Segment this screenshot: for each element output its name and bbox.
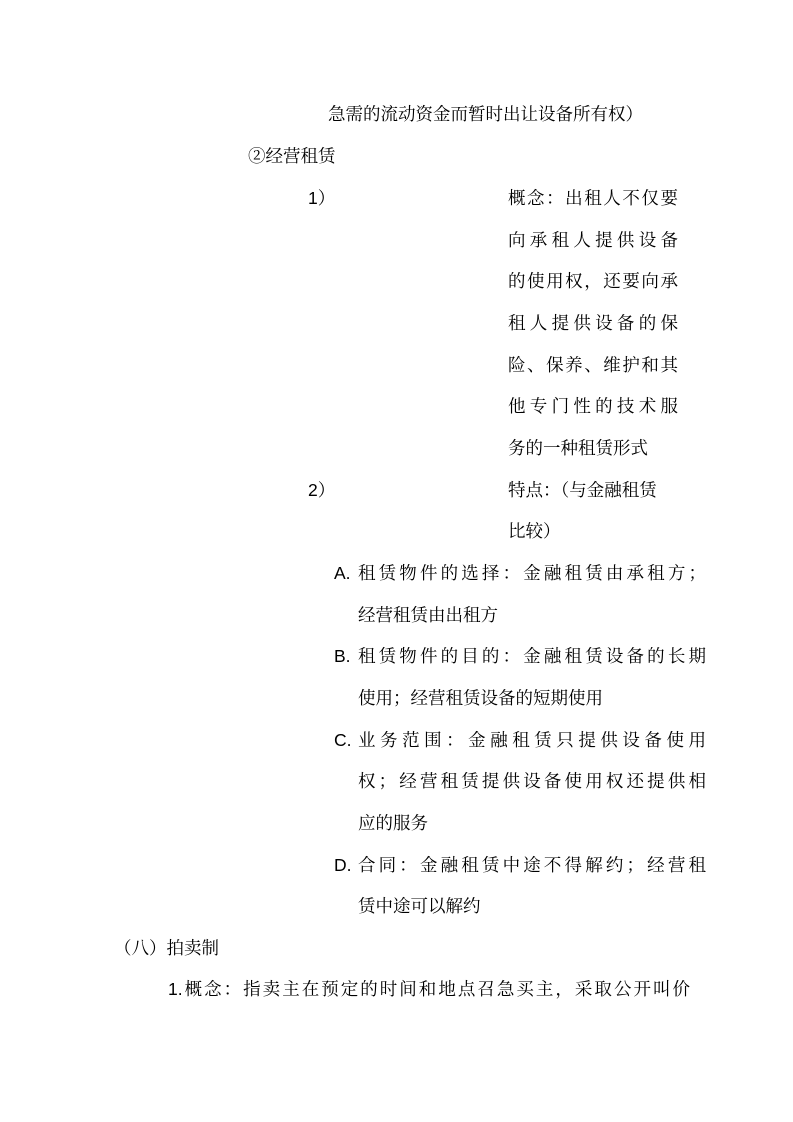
list-item-line: 租赁物件的目的：金融租赁设备的长期 (358, 646, 706, 666)
numbered-item-marker-2: 2） (308, 480, 335, 500)
continuation-line: 急需的流动资金而暂时出让设备所有权） (328, 104, 643, 124)
document-page: 急需的流动资金而暂时出让设备所有权） ②经营租赁 1） 概念：出租人不仅要 向承… (0, 0, 793, 1122)
lettered-item-marker-b: B. (334, 646, 351, 666)
list-item-line: 赁中途可以解约 (358, 896, 481, 916)
list-item-line: 业务范围：金融租赁只提供设备使用 (358, 730, 706, 750)
concept-line: 他专门性的技术服 (508, 396, 678, 416)
list-item-line: 租赁物件的选择：金融租赁由承租方； (358, 563, 706, 583)
concept-line: 的使用权，还要向承 (508, 271, 678, 291)
list-item-line: 权；经营租赁提供设备使用权还提供相 (358, 771, 706, 791)
list-item-line: 应的服务 (358, 813, 428, 833)
numbered-item-marker-1: 1） (308, 188, 335, 208)
subheading-operating-lease: ②经营租赁 (248, 146, 336, 166)
lettered-item-marker-c: C. (334, 730, 352, 750)
list-item-line: 经营租赁由出租方 (358, 605, 498, 625)
concept-line: 概念：出租人不仅要 (508, 188, 678, 208)
list-item-line: 使用；经营租赁设备的短期使用 (358, 688, 603, 708)
concept-line: 险、保养、维护和其 (508, 355, 678, 375)
concept-line: 向承租人提供设备 (508, 230, 678, 250)
lettered-item-marker-a: A. (334, 563, 351, 583)
features-line: 特点：（与金融租赁 (508, 480, 657, 500)
concept-line: 租人提供设备的保 (508, 313, 678, 333)
section-concept-line: 1.概念：指卖主在预定的时间和地点召急买主，采取公开叫价 (168, 979, 690, 999)
lettered-item-marker-d: D. (334, 855, 352, 875)
section-heading-auction: （八）拍卖制 (114, 938, 219, 958)
features-line: 比较） (508, 521, 561, 541)
list-item-line: 合同：金融租赁中途不得解约；经营租 (358, 855, 706, 875)
concept-line: 务的一种租赁形式 (508, 438, 648, 458)
